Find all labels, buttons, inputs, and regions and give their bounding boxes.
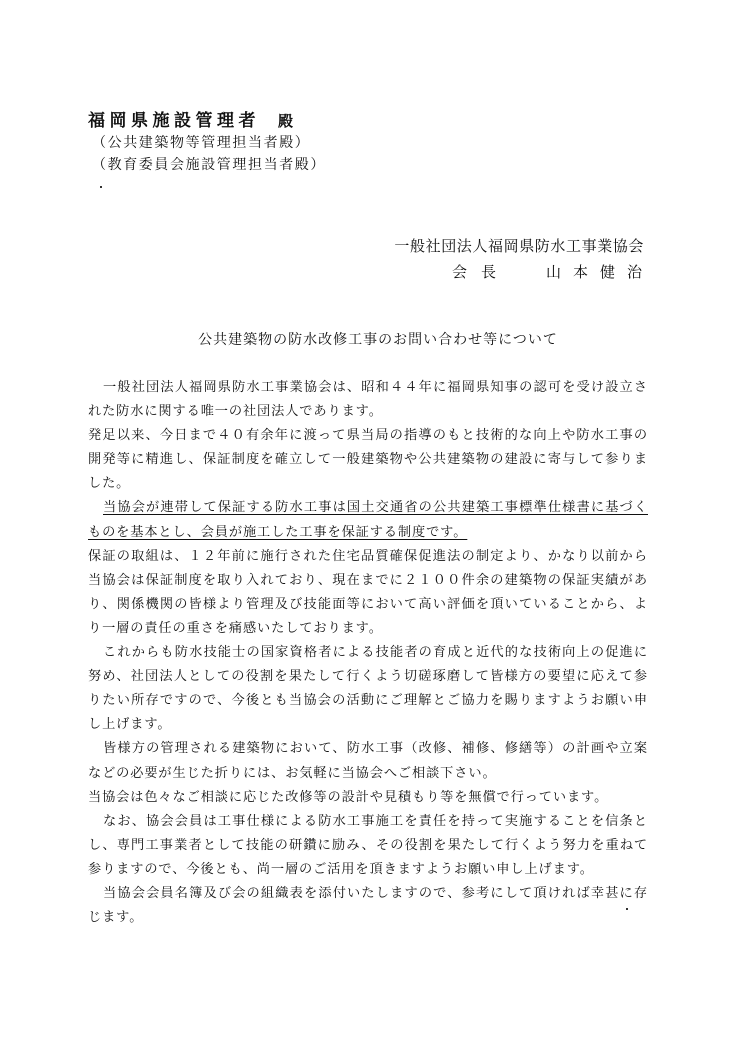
body-paragraph: なお、協会会員は工事仕様による防水工事施工を責任を持って実施することを信条とし、…	[88, 810, 648, 882]
body-paragraph: これからも防水技能士の国家資格者による技能者の育成と近代的な技術向上の促進に努め…	[88, 641, 648, 737]
body-paragraph: 皆様方の管理される建築物において、防水工事（改修、補修、修繕等）の計画や立案など…	[88, 737, 648, 785]
addressee-main-line: 福岡県施設管理者殿	[88, 110, 326, 132]
sender-name: 山本健治	[546, 259, 654, 285]
addressee-honorific: 殿	[278, 112, 293, 130]
body-paragraph: 発足以来、今日まで４０有余年に渡って県当局の指導のもと技術的な向上や防水工事の開…	[88, 424, 648, 496]
body-paragraph: 保証の取組は、１２年前に施行された住宅品質確保促進法の制定より、かなり以前から当…	[88, 545, 648, 641]
body-paragraph-underlined: 当協会が連帯して保証する防水工事は国土交通省の公共建築工事標準仕様書に基づくもの…	[88, 496, 648, 544]
addressee-name: 福岡県施設管理者	[88, 111, 260, 131]
document-subject: 公共建築物の防水改修工事のお問い合わせ等について	[0, 330, 736, 350]
sender-organization: 一般社団法人福岡県防水工事業協会	[394, 233, 644, 259]
body-paragraph: 当協会は色々なご相談に応じた改修等の設計や見積もり等を無償で行っています。	[88, 786, 648, 810]
sender-title-row: 会長 山本健治	[394, 259, 644, 285]
scan-speck	[100, 186, 102, 188]
sender-role: 会長	[452, 259, 510, 285]
document-page: 福岡県施設管理者殿 （公共建築物等管理担当者殿） （教育委員会施設管理担当者殿）…	[0, 0, 736, 1041]
body-paragraph: 当協会会員名簿及び会の組織表を添付いたしますので、参考にして頂ければ幸甚に存じま…	[88, 882, 648, 930]
addressee-sub-line: （公共建築物等管理担当者殿）	[92, 132, 326, 154]
document-body: 一般社団法人福岡県防水工事業協会は、昭和４４年に福岡県知事の認可を受け設立された…	[88, 376, 648, 930]
addressee-sub-line: （教育委員会施設管理担当者殿）	[92, 154, 326, 176]
body-paragraph: 一般社団法人福岡県防水工事業協会は、昭和４４年に福岡県知事の認可を受け設立された…	[88, 376, 648, 424]
scan-speck	[626, 908, 628, 910]
addressee-block: 福岡県施設管理者殿 （公共建築物等管理担当者殿） （教育委員会施設管理担当者殿）	[88, 110, 326, 176]
sender-block: 一般社団法人福岡県防水工事業協会 会長 山本健治	[394, 233, 644, 285]
